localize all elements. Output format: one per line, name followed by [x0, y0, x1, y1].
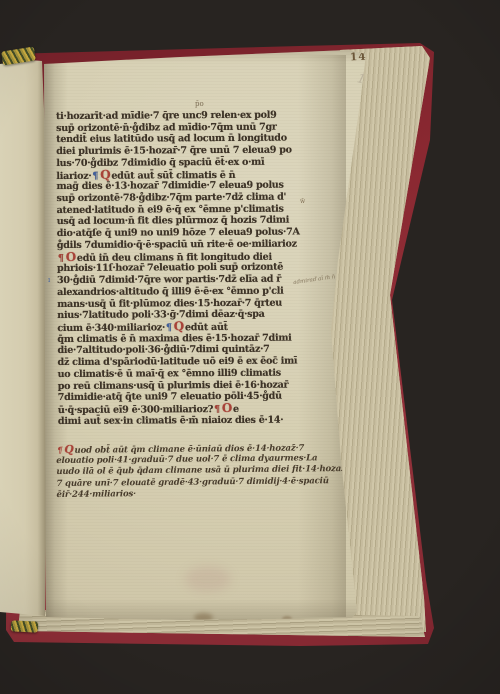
manuscript-text-line: 30·g̊diū 7dimid·7q̄re wor partis·7dz̄ el…: [57, 273, 319, 286]
bottom-edge-shadow: [44, 599, 360, 620]
manuscript-text-line: sup̄ orizontē·n̄·g̊dibz ad mīdio·7q̄m un…: [56, 121, 318, 134]
manuscript-text-line: dio·atq̄ſe q̄ uni9 no uni9 hōze 7 eleua9…: [57, 227, 319, 240]
addendum-text-block: ¶Quod obt̄ aūt q̄m climane ē·ūniaū dios …: [56, 441, 347, 502]
manuscript-text-line: po reū climans·usq̄ ū plurimis diei ē·16…: [58, 379, 320, 392]
manuscript-text-line: die·7altitudo·poli·36·g̊diū·7dimi quintā…: [57, 344, 319, 357]
manuscript-text-line: elouatio poli·41·graduū·7 due uol·7 ē cl…: [56, 452, 346, 467]
decorated-initial: Q: [99, 167, 111, 181]
manuscript-text-line: tendit̄ eius latitūdo usq̄ ad locum n̄ l…: [56, 133, 318, 146]
manuscript-text-line: g̊dils 7dumidio·q̄·ē·spaciū un̄ rite·ē o…: [57, 238, 319, 251]
quire-mark: p̄o: [195, 100, 204, 108]
manuscript-text-line: 7dimidie·atq̄ q̄te uni9 7 eleuatio pōli·…: [58, 391, 320, 404]
manuscript-text-line: ¶Oedū in̄ deu climans n̄ fit longitudo d…: [57, 250, 319, 263]
manuscript-text-line: cium ē·340·miliarioz·¶Qedūt aūt̄: [57, 320, 319, 333]
manuscript-text-line: atened·latitudo n̄ ei9 ē·q̄ ex °ēmne p'c…: [57, 203, 319, 216]
main-text-block: ti·hozarīt·ad mīdie·7 q̄re unc9 relen·ex…: [56, 109, 320, 427]
manuscript-photograph: 14. 17 p̄o admiraď aī m̄ n̄ ra y9 w̄ ı t…: [0, 0, 500, 694]
manuscript-text-line: sup̄ orizontē·78·g̊dibz·7q̄m parte·7dz̄ …: [57, 191, 319, 204]
faint-smudge: [96, 200, 110, 230]
manuscript-text-line: diei plurimis ē·15·hozar̄·7 q̄re unū 7 e…: [56, 145, 318, 158]
manuscript-text-line: lus·70·g̊dibz 7dimidio q̄ spaciū ēt̄·ex …: [56, 156, 318, 169]
manuscript-text-line: ti·hozarīt·ad mīdie·7 q̄re unc9 relen·ex…: [56, 109, 318, 122]
decorated-initial: O: [221, 401, 233, 415]
gutter-shadow: [44, 60, 68, 618]
manuscript-text-line: liarioz·¶Qedūt aut̄ sūt̄ climatis ē n̄: [56, 168, 318, 181]
paraph-mark: ¶: [57, 253, 65, 264]
manuscript-text-line: phriois·11ſ·hozar̄ 7eleuatio poli sup̄ o…: [57, 262, 319, 275]
manuscript-text-line: usq̄ ad locum·n̄ fit dies plūrmoz q̄ hoz…: [57, 215, 319, 228]
decorated-initial: O: [65, 250, 77, 264]
manuscript-text-line: alexandrios·altitudo q̄ illi9 ē·ē·ex °ēm…: [57, 285, 319, 298]
manuscript-text-line: maḡ dies ē·13·hozar̄ 7dimidie·7 eleua9 p…: [56, 180, 318, 193]
manuscript-text-line: 7 quāre unī·7 elouatē gradē·43·graduū·7 …: [56, 475, 346, 490]
manuscript-text-line: q̄m climatis ē n̄ maxima dies ē·15·hozar…: [57, 332, 319, 345]
manuscript-text-line: dimi aut̄ sex·in climatis ē·m̄ niaioz di…: [58, 414, 320, 427]
manuscript-text-line: dz̄ clima d'spāriodū·latitude uō ei9 ē e…: [58, 355, 320, 368]
manuscript-text-line: ū·q̄·spaciū eī9 ē·300·miliarioz?¶Oe: [58, 402, 320, 415]
pink-stain: [185, 566, 231, 592]
manuscript-text-line: uudo ilā ol ē q̄ub q̄dam climane usā ū p…: [56, 464, 346, 479]
endband-bottom: [11, 620, 39, 632]
paraph-mark: ¶: [91, 170, 99, 181]
decorated-initial: Q: [173, 319, 185, 333]
paraph-mark: ¶: [213, 404, 221, 415]
paraph-mark: ¶: [56, 446, 63, 456]
blue-margin-tick: ı: [48, 276, 50, 284]
manuscript-text-line: mans·usq̄ ū fit·plūmoz dies·15·hozar̄·7 …: [57, 297, 319, 310]
manuscript-text-line: nius·7latitudo poli·33·ḡ·7dimi dēaz·q̄·s…: [57, 309, 319, 322]
manuscript-text-line: ¶Quod obt̄ aūt q̄m climane ē·ūniaū dios …: [56, 441, 346, 456]
decorated-initial: Q: [63, 443, 74, 456]
manuscript-text-line: ēir̄·244·miliarios·: [56, 487, 346, 502]
paraph-mark: ¶: [165, 322, 173, 333]
manuscript-text-line: uo climatis·ē ū maī·q̄ ex °ēmno illi9 cl…: [58, 367, 320, 380]
marginal-correction-mark: w̄: [300, 198, 305, 205]
